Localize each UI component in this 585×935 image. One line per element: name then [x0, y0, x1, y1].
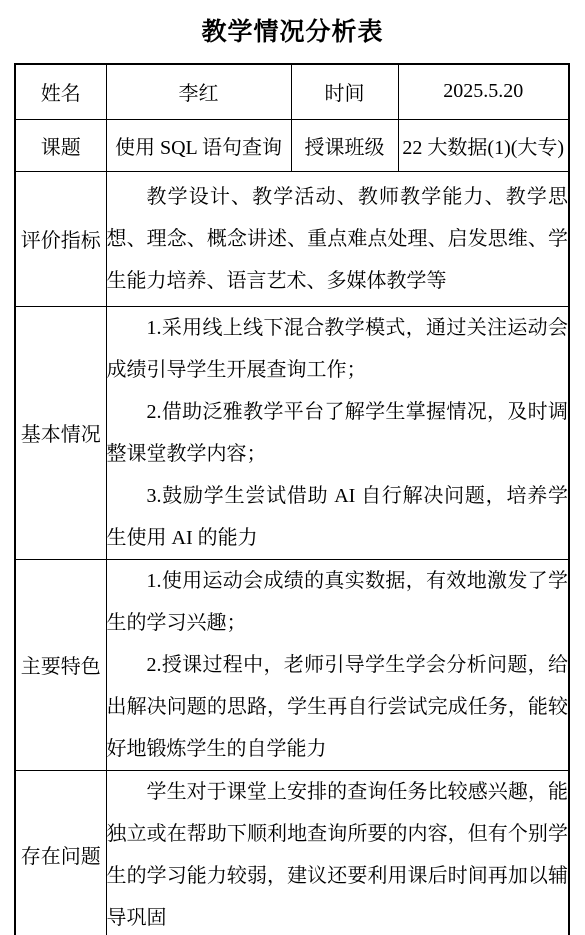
table-row: 存在问题 学生对于课堂上安排的查询任务比较感兴趣，能独立或在帮助下顺利地查询所要… — [15, 770, 569, 935]
name-label: 姓名 — [15, 64, 106, 119]
paragraph: 教学设计、教学活动、教师教学能力、教学思想、理念、概念讲述、重点难点处理、启发思… — [107, 176, 569, 302]
time-value: 2025.5.20 — [398, 64, 569, 119]
basic-situation-content: 1.采用线上线下混合教学模式，通过关注运动会成绩引导学生开展查询工作； 2.借助… — [106, 306, 569, 559]
paragraph: 学生对于课堂上安排的查询任务比较感兴趣，能独立或在帮助下顺利地查询所要的内容，但… — [107, 771, 569, 935]
table-row: 姓名 李红 时间 2025.5.20 — [15, 64, 569, 119]
paragraph: 2.授课过程中，老师引导学生学会分析问题，给出解决问题的思路，学生再自行尝试完成… — [107, 644, 569, 770]
table-row: 课题 使用 SQL 语句查询 授课班级 22 大数据(1)(大专) — [15, 119, 569, 171]
page-title: 教学情况分析表 — [0, 12, 585, 48]
paragraph: 1.使用运动会成绩的真实数据，有效地激发了学生的学习兴趣； — [107, 560, 569, 644]
time-label: 时间 — [291, 64, 398, 119]
name-value: 李红 — [106, 64, 291, 119]
teaching-analysis-table: 姓名 李红 时间 2025.5.20 课题 使用 SQL 语句查询 授课班级 2… — [14, 63, 570, 935]
evaluation-indicators-content: 教学设计、教学活动、教师教学能力、教学思想、理念、概念讲述、重点难点处理、启发思… — [106, 171, 569, 306]
basic-situation-label: 基本情况 — [15, 306, 106, 559]
paragraph: 1.采用线上线下混合教学模式，通过关注运动会成绩引导学生开展查询工作； — [107, 307, 569, 391]
topic-value: 使用 SQL 语句查询 — [106, 119, 291, 171]
class-value: 22 大数据(1)(大专) — [398, 119, 569, 171]
table-row: 主要特色 1.使用运动会成绩的真实数据，有效地激发了学生的学习兴趣； 2.授课过… — [15, 559, 569, 770]
topic-label: 课题 — [15, 119, 106, 171]
paragraph: 3.鼓励学生尝试借助 AI 自行解决问题，培养学生使用 AI 的能力 — [107, 475, 569, 559]
main-features-content: 1.使用运动会成绩的真实数据，有效地激发了学生的学习兴趣； 2.授课过程中，老师… — [106, 559, 569, 770]
paragraph: 2.借助泛雅教学平台了解学生掌握情况，及时调整课堂教学内容； — [107, 391, 569, 475]
existing-problems-label: 存在问题 — [15, 770, 106, 935]
class-label: 授课班级 — [291, 119, 398, 171]
document-page: 教学情况分析表 姓名 李红 时间 2025.5.20 课题 使用 SQL 语句查… — [0, 0, 585, 935]
table-row: 评价指标 教学设计、教学活动、教师教学能力、教学思想、理念、概念讲述、重点难点处… — [15, 171, 569, 306]
existing-problems-content: 学生对于课堂上安排的查询任务比较感兴趣，能独立或在帮助下顺利地查询所要的内容，但… — [106, 770, 569, 935]
table-row: 基本情况 1.采用线上线下混合教学模式，通过关注运动会成绩引导学生开展查询工作；… — [15, 306, 569, 559]
evaluation-indicators-label: 评价指标 — [15, 171, 106, 306]
main-features-label: 主要特色 — [15, 559, 106, 770]
